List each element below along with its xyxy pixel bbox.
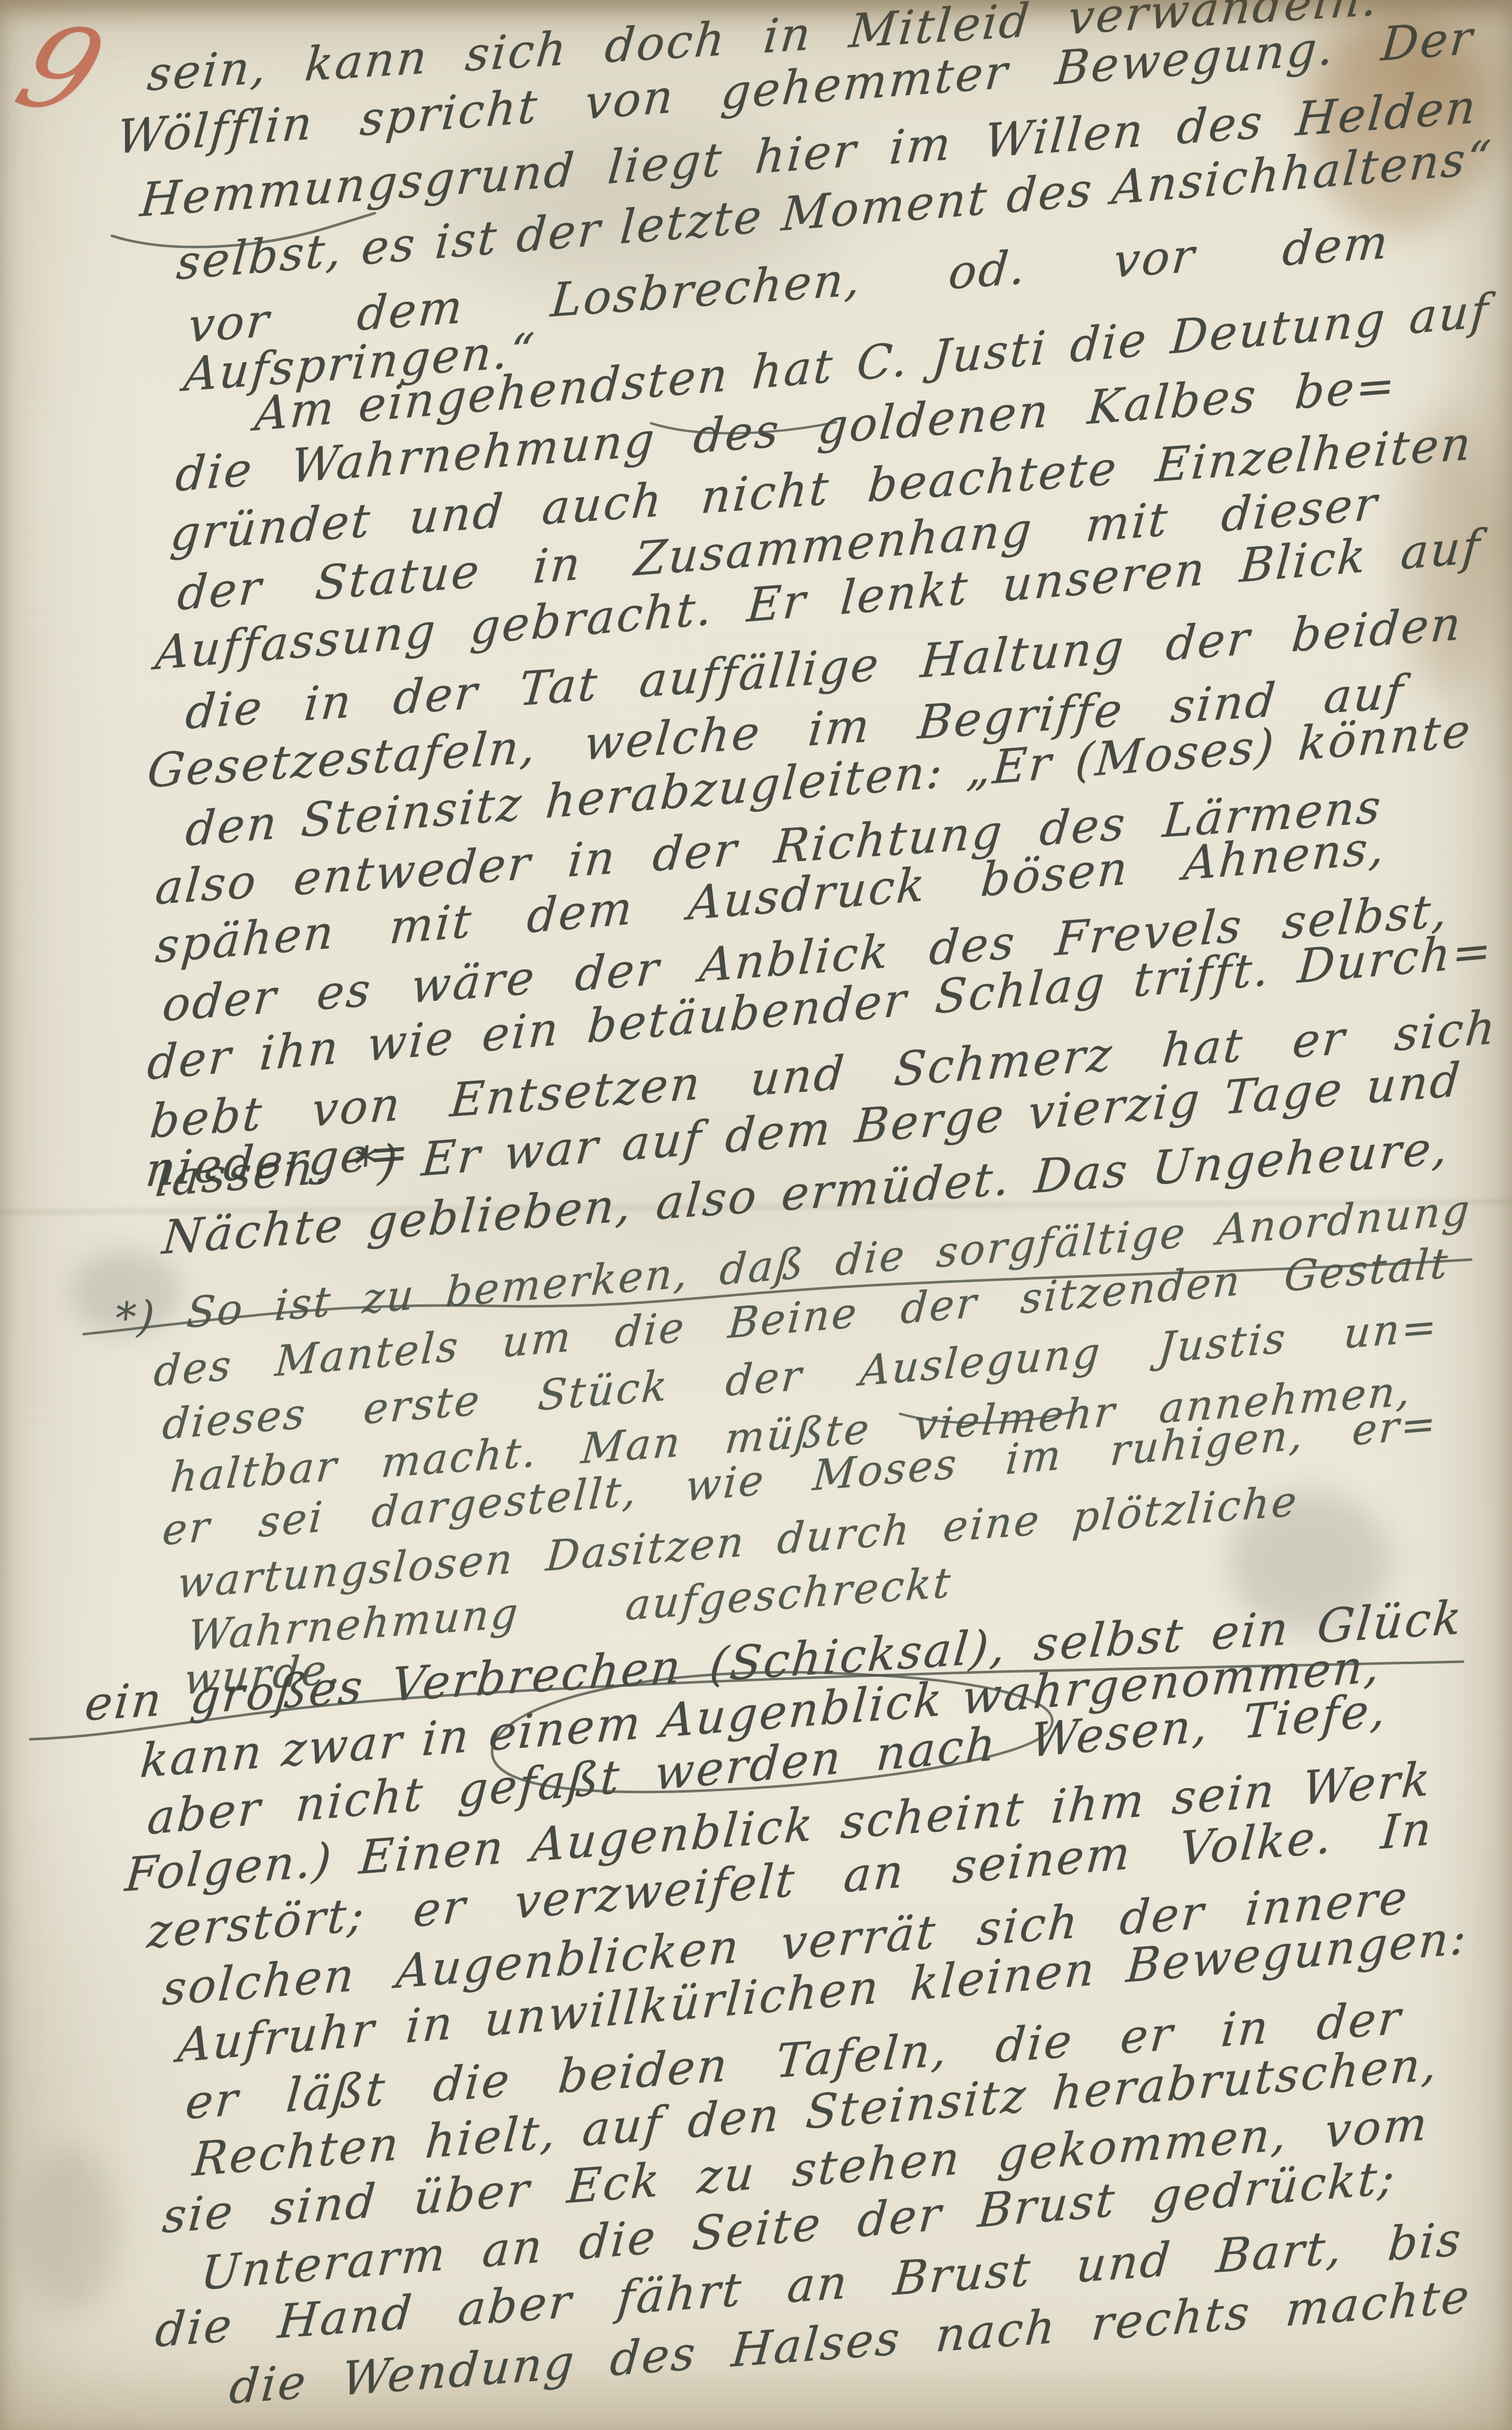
manuscript-page: 9 sein, kann sich doch in Mitleid verwan… <box>0 0 1512 2430</box>
stain-bottom-left <box>25 2146 116 2313</box>
page-number: 9 <box>4 11 117 129</box>
